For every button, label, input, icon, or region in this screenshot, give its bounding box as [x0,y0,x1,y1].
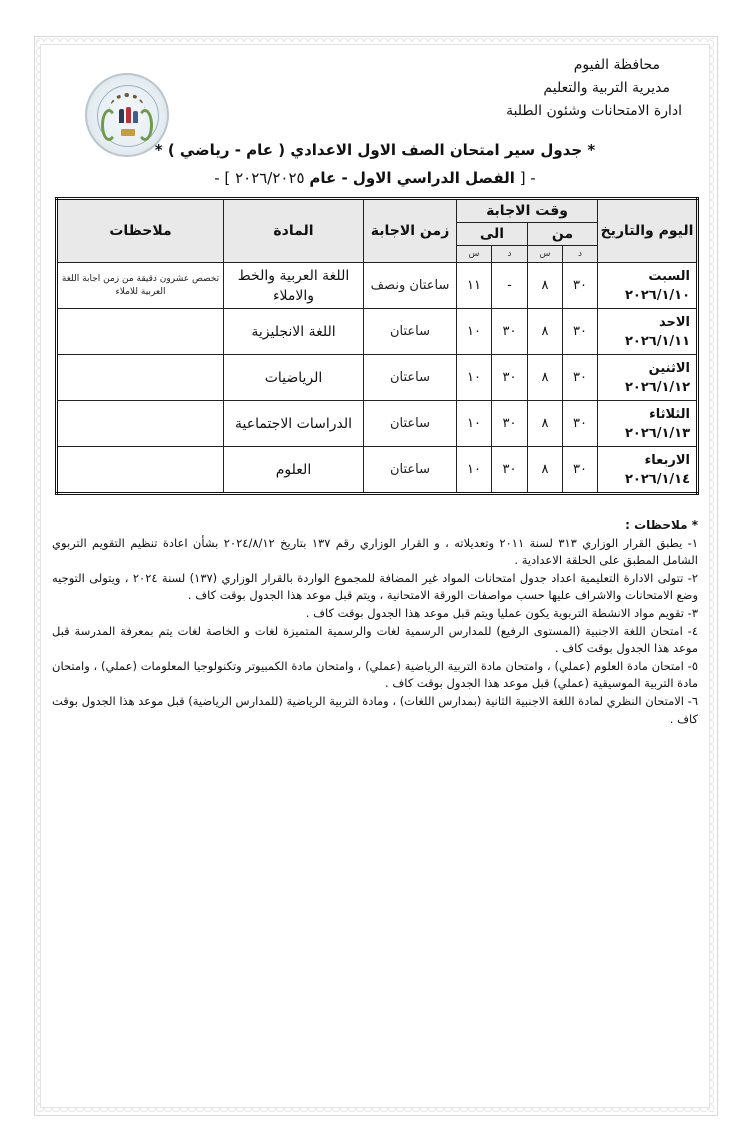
from-minute-cell: ٣٠ [563,447,598,494]
directorate-name: مديرية التربية والتعليم [506,77,670,100]
duration-cell: ساعتان ونصف [364,263,457,309]
from-minute-cell: ٣٠ [563,263,598,309]
day-date-cell: السبت٢٠٢٦/١/١٠ [598,263,698,309]
header-to-minute: د [492,246,528,263]
people-icon [117,107,139,123]
duration-cell: ساعتان [364,355,457,401]
note-item: ٦- الامتحان النظري لمادة اللغة الاجنبية … [52,693,698,728]
duration-cell: ساعتان [364,309,457,355]
header-notes: ملاحظات [57,199,224,263]
note-cell [57,309,224,355]
table-row: الاحد٢٠٢٦/١/١١ ٣٠ ٨ ٣٠ ١٠ ساعتان اللغة ا… [57,309,698,355]
day-date-cell: الاحد٢٠٢٦/١/١١ [598,309,698,355]
wreath-icon [137,109,153,141]
subject-cell: اللغة الانجليزية [224,309,364,355]
notes-section: * ملاحظات : ١- يطبق القرار الوزاري ٣١٣ ل… [52,517,698,728]
header-answer-time: وقت الاجابة [457,199,598,223]
day-date-cell: الاربعاء٢٠٢٦/١/١٤ [598,447,698,494]
decorative-border-bottom [36,1108,714,1116]
day-date-cell: الاثنين٢٠٢٦/١/١٢ [598,355,698,401]
subject-cell: العلوم [224,447,364,494]
header-to: الى [457,223,528,246]
header-subject: المادة [224,199,364,263]
from-minute-cell: ٣٠ [563,401,598,447]
decorative-border-top [36,34,714,42]
from-hour-cell: ٨ [528,309,563,355]
organization-header: محافظة الفيوم مديرية التربية والتعليم اد… [506,54,682,123]
wreath-icon [101,109,117,141]
note-item: ٢- تتولى الادارة التعليمية اعداد جدول ام… [52,570,698,605]
header-day-date: اليوم والتاريخ [598,199,698,263]
note-cell [57,447,224,494]
exam-schedule-table: اليوم والتاريخ وقت الاجابة زمن الاجابة ا… [55,197,699,495]
document-title: * جدول سير امتحان الصف الاول الاعدادي ( … [0,141,750,159]
from-hour-cell: ٨ [528,401,563,447]
table-row: السبت٢٠٢٦/١/١٠ ٣٠ ٨ - ١١ ساعتان ونصف الل… [57,263,698,309]
table-row: الاثنين٢٠٢٦/١/١٢ ٣٠ ٨ ٣٠ ١٠ ساعتان الريا… [57,355,698,401]
from-hour-cell: ٨ [528,447,563,494]
header-from-minute: د [563,246,598,263]
day-date-cell: الثلاثاء٢٠٢٦/١/١٣ [598,401,698,447]
document-subtitle: - [ الفصل الدراسي الاول - عام ٢٠٢٦/٢٠٢٥ … [0,169,750,187]
to-hour-cell: ١٠ [457,447,492,494]
from-minute-cell: ٣٠ [563,309,598,355]
header-from: من [528,223,598,246]
governorate-name: محافظة الفيوم [506,54,660,77]
duration-cell: ساعتان [364,401,457,447]
book-icon [121,129,135,136]
to-hour-cell: ١٠ [457,309,492,355]
subject-cell: اللغة العربية والخط والاملاء [224,263,364,309]
table-row: الاربعاء٢٠٢٦/١/١٤ ٣٠ ٨ ٣٠ ١٠ ساعتان العل… [57,447,698,494]
to-minute-cell: ٣٠ [492,309,528,355]
to-minute-cell: - [492,263,528,309]
header-to-hour: س [457,246,492,263]
to-hour-cell: ١١ [457,263,492,309]
decorative-border-right [710,40,718,1110]
duration-cell: ساعتان [364,447,457,494]
subject-cell: الدراسات الاجتماعية [224,401,364,447]
to-minute-cell: ٣٠ [492,355,528,401]
notes-heading: * ملاحظات : [52,517,698,535]
subject-cell: الرياضيات [224,355,364,401]
table-row: الثلاثاء٢٠٢٦/١/١٣ ٣٠ ٨ ٣٠ ١٠ ساعتان الدر… [57,401,698,447]
department-name: ادارة الامتحانات وشئون الطلبة [506,100,682,123]
note-item: ١- يطبق القرار الوزاري ٣١٣ لسنة ٢٠١١ وتع… [52,535,698,570]
header-duration: زمن الاجابة [364,199,457,263]
note-item: ٤- امتحان اللغة الاجنبية (المستوى الرفيع… [52,623,698,658]
note-item: ٥- امتحان مادة العلوم (عملي) ، وامتحان م… [52,658,698,693]
to-hour-cell: ١٠ [457,401,492,447]
to-hour-cell: ١٠ [457,355,492,401]
note-item: ٣- تقويم مواد الانشطة التربوية يكون عملي… [52,605,698,623]
from-hour-cell: ٨ [528,355,563,401]
note-cell [57,355,224,401]
academic-year: ٢٠٢٦/٢٠٢٥ [235,169,305,187]
decorative-border-left [32,40,40,1110]
to-minute-cell: ٣٠ [492,447,528,494]
from-hour-cell: ٨ [528,263,563,309]
term-label: الفصل الدراسي الاول - عام [309,169,515,187]
from-minute-cell: ٣٠ [563,355,598,401]
header-from-hour: س [528,246,563,263]
note-cell: تخصص عشرون دقيقة من زمن اجابة اللغة العر… [57,263,224,309]
note-cell [57,401,224,447]
to-minute-cell: ٣٠ [492,401,528,447]
